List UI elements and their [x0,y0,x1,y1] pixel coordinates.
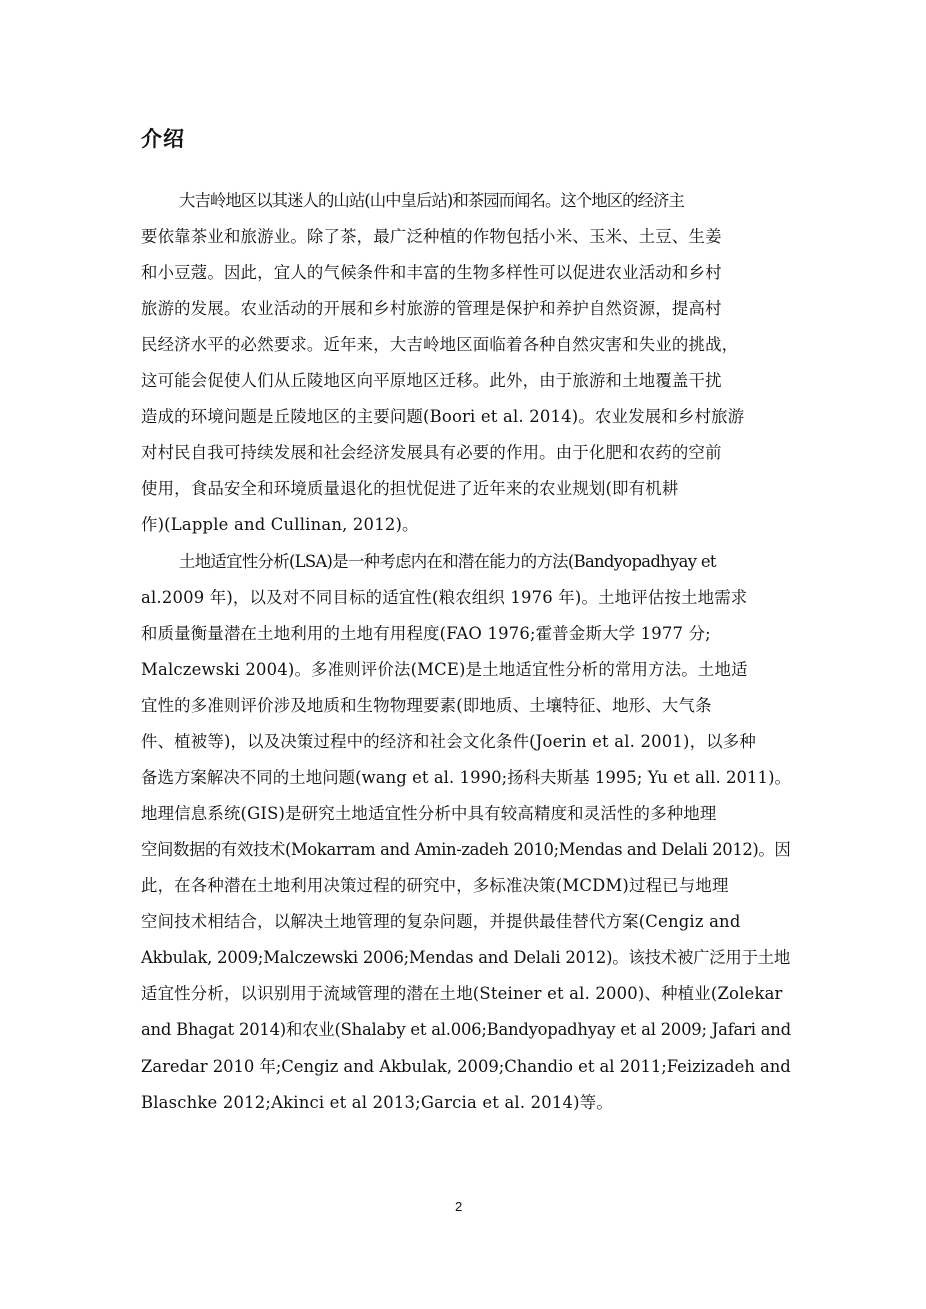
page-number: 2 [455,1199,462,1214]
text-line: 要依靠茶业和旅游业。除了茶，最广泛种植的作物包括小米、玉米、土豆、生姜 [141,227,791,247]
text-line: 作)(Lapple and Cullinan, 2012)。 [141,515,791,535]
text-line: Zaredar 2010 年;Cengiz and Akbulak, 2009;… [141,1057,791,1077]
text-line: 此，在各种潜在土地利用决策过程的研究中，多标准决策(MCDM)过程已与地理 [141,876,791,896]
text-line: 旅游的发展。农业活动的开展和乡村旅游的管理是保护和养护自然资源，提高村 [141,299,791,319]
text-line: 大吉岭地区以其迷人的山站(山中皇后站)和茶园而闻名。这个地区的经济主 [179,191,829,211]
text-line: Akbulak, 2009;Malczewski 2006;Mendas and… [141,948,791,968]
text-line: 和小豆蔻。因此，宜人的气候条件和丰富的生物多样性可以促进农业活动和乡村 [141,263,791,283]
text-line: 和质量衡量潜在土地利用的土地有用程度(FAO 1976;霍普金斯大学 1977 … [141,624,791,644]
text-line: 对村民自我可持续发展和社会经济发展具有必要的作用。由于化肥和农药的空前 [141,443,791,463]
document-page: 介绍 大吉岭地区以其迷人的山站(山中皇后站)和茶园而闻名。这个地区的经济主 要依… [0,0,926,1309]
section-heading: 介绍 [141,123,185,153]
text-line: Malczewski 2004)。多准则评价法(MCE)是土地适宜性分析的常用方… [141,660,791,680]
text-line: 空间数据的有效技术(Mokarram and Amin-zadeh 2010;M… [141,840,791,860]
text-line: 适宜性分析，以识别用于流域管理的潜在土地(Steiner et al. 2000… [141,984,791,1004]
text-line: 土地适宜性分析(LSA)是一种考虑内在和潜在能力的方法(Bandyopadhya… [179,552,829,572]
text-line: 民经济水平的必然要求。近年来，大吉岭地区面临着各种自然灾害和失业的挑战， [141,335,791,355]
text-line: 空间技术相结合，以解决土地管理的复杂问题，并提供最佳替代方案(Cengiz an… [141,912,791,932]
text-line: 使用，食品安全和环境质量退化的担忧促进了近年来的农业规划(即有机耕 [141,479,791,499]
text-line: 地理信息系统(GIS)是研究土地适宜性分析中具有较高精度和灵活性的多种地理 [141,804,791,824]
text-line: 这可能会促使人们从丘陵地区向平原地区迁移。此外，由于旅游和土地覆盖干扰 [141,371,791,391]
text-line: 宜性的多准则评价涉及地质和生物物理要素(即地质、土壤特征、地形、大气条 [141,696,791,716]
text-line: 件、植被等)，以及决策过程中的经济和社会文化条件(Joerin et al. 2… [141,732,791,752]
text-line: and Bhagat 2014)和农业(Shalaby et al.006;Ba… [141,1020,791,1040]
text-line: Blaschke 2012;Akinci et al 2013;Garcia e… [141,1093,791,1113]
text-line: 造成的环境问题是丘陵地区的主要问题(Boori et al. 2014)。农业发… [141,407,791,427]
text-line: 备选方案解决不同的土地问题(wang et al. 1990;扬科夫斯基 199… [141,768,791,788]
text-line: al.2009 年)，以及对不同目标的适宜性(粮农组织 1976 年)。土地评估… [141,588,791,608]
